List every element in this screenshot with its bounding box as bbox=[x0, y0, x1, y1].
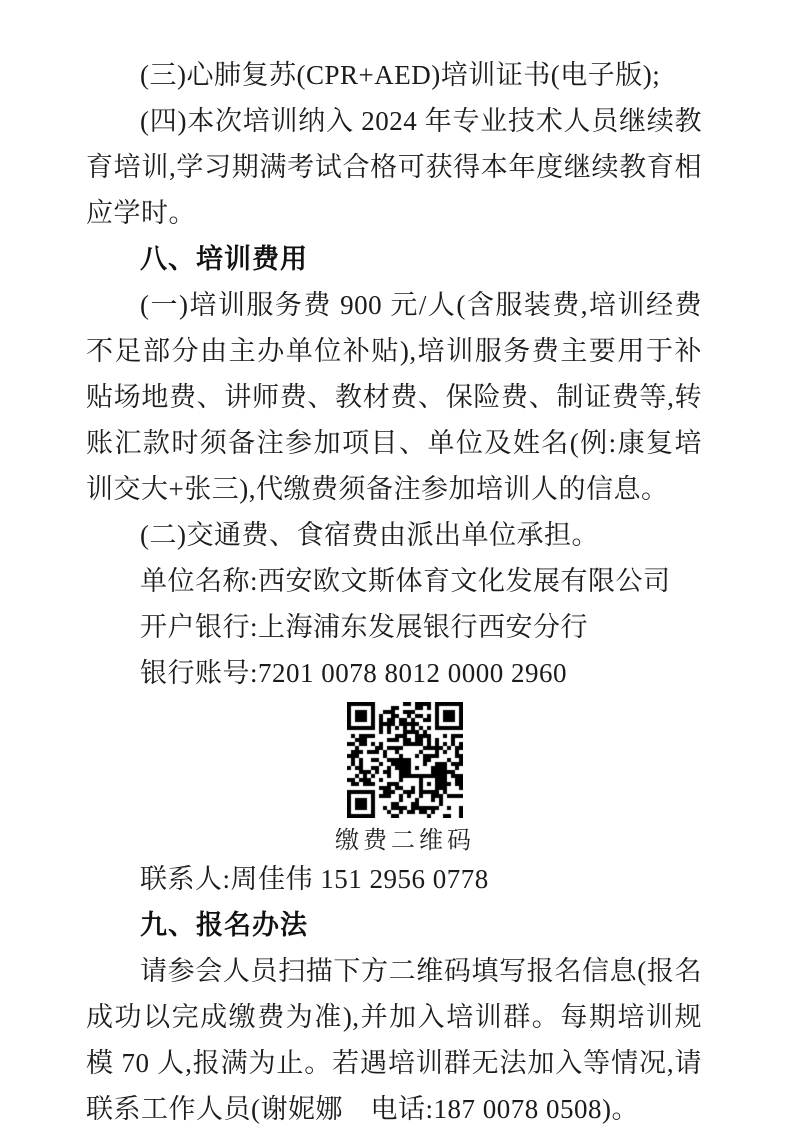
payment-qr-code-image bbox=[347, 702, 463, 818]
payment-qr-caption: 缴费二维码 bbox=[335, 826, 475, 856]
contact-person-line: 联系人:周佳伟 151 2956 0778 bbox=[86, 856, 702, 902]
paragraph-fee-details: (一)培训服务费 900 元/人(含服装费,培训经费不足部分由主办单位补贴),培… bbox=[86, 282, 702, 512]
paragraph-continuing-education: (四)本次培训纳入 2024 年专业技术人员继续教育培训,学习期满考试合格可获得… bbox=[86, 98, 702, 236]
paragraph-signup-instructions: 请参会人员扫描下方二维码填写报名信息(报名成功以完成缴费为准),并加入培训群。每… bbox=[86, 948, 702, 1131]
section-heading-training-fees: 八、培训费用 bbox=[86, 236, 702, 282]
payment-qr-figure: 缴费二维码 bbox=[97, 702, 713, 856]
section-heading-signup-method: 九、报名办法 bbox=[86, 902, 702, 948]
paragraph-certificate-cpr: (三)心肺复苏(CPR+AED)培训证书(电子版); bbox=[86, 52, 702, 98]
account-name-line: 单位名称:西安欧文斯体育文化发展有限公司 bbox=[86, 558, 702, 604]
bank-account-number-line: 银行账号:7201 0078 8012 0000 2960 bbox=[86, 650, 702, 696]
document-page: (三)心肺复苏(CPR+AED)培训证书(电子版); (四)本次培训纳入 202… bbox=[0, 0, 800, 1131]
paragraph-travel-costs: (二)交通费、食宿费由派出单位承担。 bbox=[86, 512, 702, 558]
bank-name-line: 开户银行:上海浦东发展银行西安分行 bbox=[86, 604, 702, 650]
